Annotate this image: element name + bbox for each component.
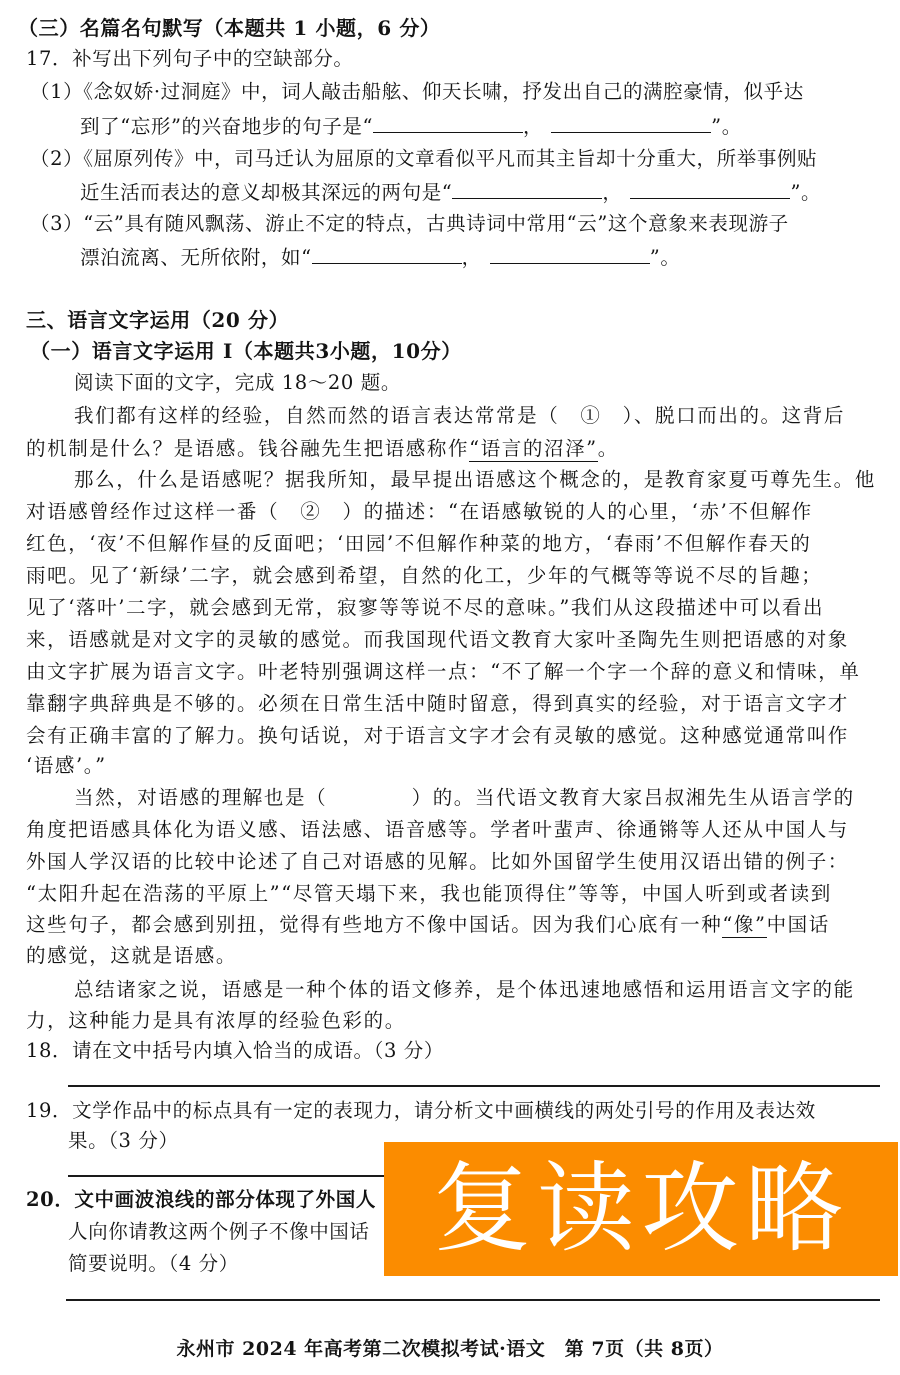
q17-item-1-suffix: ”。 (711, 115, 742, 138)
passage-p2-line3: 红色，‘夜’不但解作昼的反面吧；‘田园’不但解作种菜的地方，‘春雨’不但解作春天… (26, 530, 811, 558)
passage-text: 这些句子，都会感到别扭，觉得有些地方不像中国话。因为我们心底有一种 (26, 913, 722, 936)
q17-item-1-prefix: 到了“忘形”的兴奋地步的句子是“ (80, 115, 373, 138)
q17-item-3-blank-b[interactable] (490, 243, 650, 264)
question-19-line2: 果。（3 分） (68, 1127, 179, 1155)
q17-item-3-prefix: 漂泊流离、无所依附，如“ (80, 246, 312, 269)
q17-item-2-blank-b[interactable] (630, 178, 790, 199)
q17-item-2-line2: 近生活而表达的意义却极其深远的两句是“，”。 (80, 178, 821, 207)
q17-item-2-prefix: 近生活而表达的意义却极其深远的两句是“ (80, 181, 452, 204)
passage-p3-line2: 角度把语感具体化为语义感、语法感、语音感等。学者叶蜚声、徐通锵等人还从中国人与 (26, 816, 849, 844)
q17-item-2-line1: （2）《屈原列传》中，司马迁认为屈原的文章看似平凡而其主旨却十分重大，所举事例贴 (30, 145, 817, 173)
passage-p2-line8: 靠翻字典辞典是不够的。必须在日常生活中随时留意，得到真实的经验，对于语言文字才 (26, 690, 849, 718)
passage-p3-line3: 外国人学汉语的比较中论述了自己对语感的见解。比如外国留学生使用汉语出错的例子： (26, 848, 849, 876)
passage-p1-line2: 的机制是什么？是语感。钱谷融先生把语感称作“语言的沼泽”。 (26, 435, 619, 463)
underlined-quote-xiang: “像” (722, 913, 766, 938)
q17-item-3-sep: ， (462, 246, 482, 269)
question-19-line1: 19．文学作品中的标点具有一定的表现力，请分析文中画横线的两处引号的作用及表达效 (26, 1097, 816, 1125)
passage-p4-line2: 力，这种能力是具有浓厚的经验色彩的。 (26, 1007, 406, 1035)
passage-p4-line1: 总结诸家之说，语感是一种个体的语文修养，是个体迅速地感悟和运用语言文字的能 (74, 976, 855, 1004)
passage-p2-line2: 对语感曾经作过这样一番（ ② ）的描述：“在语感敏锐的人的心里，‘赤’不但解作 (26, 498, 813, 526)
watermark-banner: 复读攻略 (384, 1142, 898, 1276)
page-footer: 永州市 2024 年高考第二次模拟考试·语文 第 7页（共 8页） (0, 1334, 900, 1361)
q17-item-2-suffix: ”。 (790, 181, 821, 204)
section-heading-famous-passages: （三）名篇名句默写（本题共 1 小题，6 分） (18, 14, 441, 42)
passage-text: 的机制是什么？是语感。钱谷融先生把语感称作 (26, 437, 469, 460)
passage-text: 中国话 (767, 913, 830, 936)
q17-item-3-suffix: ”。 (650, 246, 681, 269)
passage-p2-line9: 会有正确丰富的了解力。换句话说，对于语言文字才会有灵敏的感觉。这种感觉通常叫作 (26, 722, 849, 750)
q17-item-2-sep: ， (602, 181, 622, 204)
passage-p2-line7: 由文字扩展为语言文字。叶老特别强调这样一点：“不了解一个字一个辞的意义和情味，单 (26, 658, 860, 686)
q18-answer-line[interactable] (68, 1085, 880, 1087)
q17-item-1-blank-a[interactable] (373, 112, 523, 133)
q17-item-1-line1: （1）《念奴娇·过洞庭》中，词人敲击船舷、仰天长啸，抒发出自己的满腔豪情，似乎达 (30, 78, 804, 106)
passage-p3-line5: 这些句子，都会感到别扭，觉得有些地方不像中国话。因为我们心底有一种“像”中国话 (26, 911, 830, 939)
q17-item-3-blank-a[interactable] (312, 243, 462, 264)
reading-instruction: 阅读下面的文字，完成 18～20 题。 (74, 369, 401, 397)
q17-item-3-line1: （3）“云”具有随风飘荡、游止不定的特点，古典诗词中常用“云”这个意象来表现游子 (30, 210, 789, 238)
passage-p2-line6: 来，语感就是对文字的灵敏的感觉。而我国现代语文教育大家叶圣陶先生则把语感的对象 (26, 626, 849, 654)
question-20-line1: 20．文中画波浪线的部分体现了外国人 (26, 1186, 376, 1214)
question-20-line3: 简要说明。（4 分） (68, 1250, 239, 1278)
passage-p3-line4: “太阳升起在浩荡的平原上”“尽管天塌下来，我也能顶得住”等等，中国人听到或者读到 (26, 880, 832, 908)
q17-item-1-blank-b[interactable] (551, 112, 711, 133)
passage-p1-line1: 我们都有这样的经验，自然而然的语言表达常常是（ ① ）、脱口而出的。这背后 (74, 402, 845, 430)
q17-item-3-line2: 漂泊流离、无所依附，如“，”。 (80, 243, 680, 272)
subsection-heading-language-use-1: （一）语言文字运用 I（本题共3小题，10分） (30, 337, 462, 365)
passage-p2-line10: ‘语感’。” (26, 752, 107, 780)
passage-p3-line1: 当然，对语感的理解也是（ ）的。当代语文教育大家吕叔湘先生从语言学的 (74, 784, 855, 812)
passage-p3-line6: 的感觉，这就是语感。 (26, 942, 237, 970)
q17-item-2-blank-a[interactable] (452, 178, 602, 199)
underlined-quote-language-swamp: “语言的沼泽” (469, 437, 598, 462)
q17-item-1-sep: ， (523, 115, 543, 138)
q17-item-1-line2: 到了“忘形”的兴奋地步的句子是“，”。 (80, 112, 742, 141)
question-17-stem: 17．补写出下列句子中的空缺部分。 (26, 45, 354, 73)
passage-p2-line4: 雨吧。见了‘新绿’二字，就会感到希望，自然的化工，少年的气概等等说不尽的旨趣； (26, 562, 822, 590)
q20-answer-line[interactable] (66, 1299, 880, 1301)
question-18: 18．请在文中括号内填入恰当的成语。（3 分） (26, 1037, 444, 1065)
passage-p2-line1: 那么，什么是语感呢？据我所知，最早提出语感这个概念的，是教育家夏丏尊先生。他 (74, 466, 876, 494)
passage-p2-line5: 见了‘落叶’二字，就会感到无常，寂寥等等说不尽的意味。”我们从这段描述中可以看出 (26, 594, 824, 622)
passage-text: 。 (598, 437, 619, 460)
section-heading-language-use: 三、语言文字运用（20 分） (26, 306, 289, 334)
question-20-line2: 人向你请教这两个例子不像中国话 (68, 1218, 370, 1246)
